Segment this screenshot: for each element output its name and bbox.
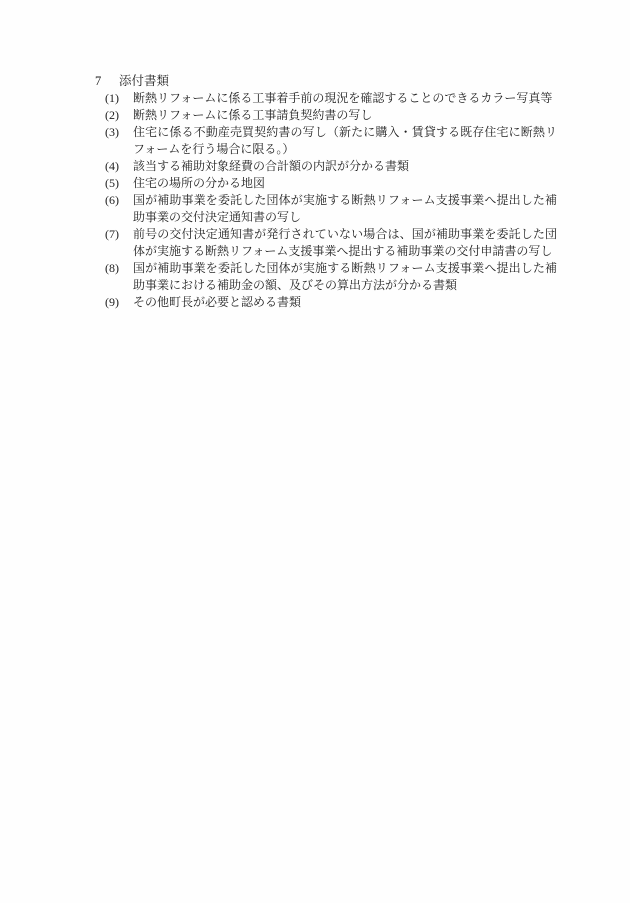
list-item: (9) その他町長が必要と認める書類 [105, 294, 557, 311]
list-item: (7) 前号の交付決定通知書が発行されていない場合は、国が補助事業を委託した団体… [105, 226, 557, 260]
section-title: 添付書類 [119, 73, 169, 90]
item-number: (4) [105, 158, 133, 175]
item-number: (3) [105, 124, 133, 158]
item-text: 断熱リフォームに係る工事着手前の現況を確認することのできるカラー写真等 [133, 90, 557, 107]
attachment-list: (1) 断熱リフォームに係る工事着手前の現況を確認することのできるカラー写真等 … [95, 90, 557, 311]
item-text: 該当する補助対象経費の合計額の内訳が分かる書類 [133, 158, 557, 175]
item-number: (8) [105, 260, 133, 294]
item-number: (7) [105, 226, 133, 260]
item-number: (6) [105, 192, 133, 226]
document-page: 7 添付書類 (1) 断熱リフォームに係る工事着手前の現況を確認することのできる… [0, 0, 630, 903]
item-text: 住宅の場所の分かる地図 [133, 175, 557, 192]
list-item: (8) 国が補助事業を委託した団体が実施する断熱リフォーム支援事業へ提出した補助… [105, 260, 557, 294]
item-text: 前号の交付決定通知書が発行されていない場合は、国が補助事業を委託した団体が実施す… [133, 226, 557, 260]
list-item: (3) 住宅に係る不動産売買契約書の写し（新たに購入・賃貸する既存住宅に断熱リフ… [105, 124, 557, 158]
item-number: (9) [105, 294, 133, 311]
item-text: 国が補助事業を委託した団体が実施する断熱リフォーム支援事業へ提出した補助事業の交… [133, 192, 557, 226]
item-text: 住宅に係る不動産売買契約書の写し（新たに購入・賃貸する既存住宅に断熱リフォームを… [133, 124, 557, 158]
item-number: (2) [105, 107, 133, 124]
list-item: (2) 断熱リフォームに係る工事請負契約書の写し [105, 107, 557, 124]
document-content: 7 添付書類 (1) 断熱リフォームに係る工事着手前の現況を確認することのできる… [95, 73, 557, 311]
item-number: (1) [105, 90, 133, 107]
item-number: (5) [105, 175, 133, 192]
item-text: 国が補助事業を委託した団体が実施する断熱リフォーム支援事業へ提出した補助事業にお… [133, 260, 557, 294]
item-text: 断熱リフォームに係る工事請負契約書の写し [133, 107, 557, 124]
section-heading: 7 添付書類 [95, 73, 557, 90]
list-item: (4) 該当する補助対象経費の合計額の内訳が分かる書類 [105, 158, 557, 175]
section-number: 7 [95, 73, 119, 90]
list-item: (5) 住宅の場所の分かる地図 [105, 175, 557, 192]
list-item: (1) 断熱リフォームに係る工事着手前の現況を確認することのできるカラー写真等 [105, 90, 557, 107]
list-item: (6) 国が補助事業を委託した団体が実施する断熱リフォーム支援事業へ提出した補助… [105, 192, 557, 226]
item-text: その他町長が必要と認める書類 [133, 294, 557, 311]
